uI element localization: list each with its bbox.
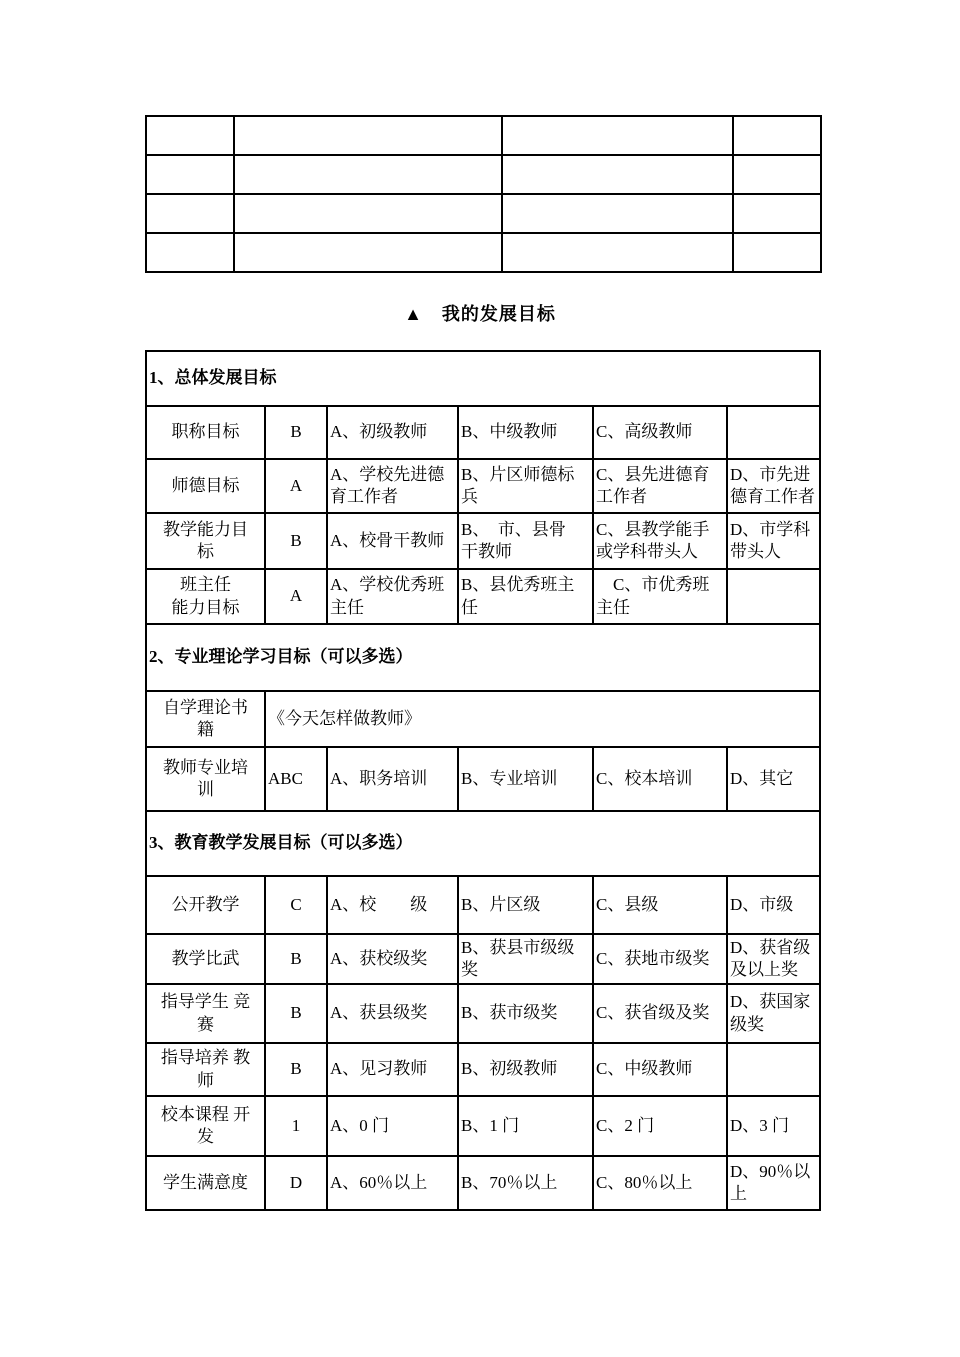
page-title: ▲ 我的发展目标 xyxy=(0,300,960,326)
row-label-cell: 教师专业培 训 xyxy=(146,747,265,811)
option-cell: D、市学科 带头人 xyxy=(727,513,820,569)
option-cell: A、校骨干教师 xyxy=(327,513,458,569)
selected-choice-cell: D xyxy=(265,1156,327,1210)
table-row: 职称目标BA、初级教师B、中级教师C、高级教师 xyxy=(146,406,820,459)
row-label-cell: 学生满意度 xyxy=(146,1156,265,1210)
empty-cell xyxy=(234,194,502,233)
option-cell: C、中级教师 xyxy=(593,1043,727,1096)
selected-choice-cell: ABC xyxy=(265,747,327,811)
section-header: 2、专业理论学习目标（可以多选） xyxy=(146,624,820,691)
selected-choice-cell: C xyxy=(265,876,327,934)
option-cell: C、市优秀班 主任 xyxy=(593,569,727,624)
option-cell: A、获县级奖 xyxy=(327,984,458,1043)
option-cell: A、职务培训 xyxy=(327,747,458,811)
option-cell: D、其它 xyxy=(727,747,820,811)
option-cell: D、市级 xyxy=(727,876,820,934)
option-cell: B、70％以上 xyxy=(458,1156,593,1210)
section-header: 3、教育教学发展目标（可以多选） xyxy=(146,811,820,876)
empty-cell xyxy=(234,116,502,155)
option-cell: B、片区级 xyxy=(458,876,593,934)
section-row: 2、专业理论学习目标（可以多选） xyxy=(146,624,820,691)
row-label-cell: 公开教学 xyxy=(146,876,265,934)
row-label-cell: 职称目标 xyxy=(146,406,265,459)
option-cell: B、片区师德标 兵 xyxy=(458,459,593,513)
empty-cell xyxy=(733,155,821,194)
option-cell: A、获校级奖 xyxy=(327,934,458,984)
option-cell: B、中级教师 xyxy=(458,406,593,459)
development-goals-table: 1、总体发展目标职称目标BA、初级教师B、中级教师C、高级教师师德目标AA、学校… xyxy=(145,350,821,1211)
option-cell: A、校 级 xyxy=(327,876,458,934)
selected-choice-cell: A xyxy=(265,459,327,513)
option-cell: C、80％以上 xyxy=(593,1156,727,1210)
option-cell: C、获地市级奖 xyxy=(593,934,727,984)
main-table-body: 1、总体发展目标职称目标BA、初级教师B、中级教师C、高级教师师德目标AA、学校… xyxy=(146,351,820,1210)
empty-cell xyxy=(502,116,733,155)
option-cell xyxy=(727,406,820,459)
table-row: 校本课程 开 发1A、0 门B、1 门C、2 门D、3 门 xyxy=(146,1096,820,1156)
option-cell: C、高级教师 xyxy=(593,406,727,459)
section-row: 3、教育教学发展目标（可以多选） xyxy=(146,811,820,876)
option-cell: B、县优秀班主 任 xyxy=(458,569,593,624)
table-row xyxy=(146,116,821,155)
table-row: 班主任 能力目标AA、学校优秀班 主任B、县优秀班主 任 C、市优秀班 主任 xyxy=(146,569,820,624)
option-cell: C、2 门 xyxy=(593,1096,727,1156)
option-cell: A、见习教师 xyxy=(327,1043,458,1096)
table-row: 学生满意度DA、60％以上B、70％以上C、80％以上D、90％以 上 xyxy=(146,1156,820,1210)
empty-cell xyxy=(733,233,821,272)
empty-cell xyxy=(502,194,733,233)
empty-cell xyxy=(502,155,733,194)
table-row: 教师专业培 训ABCA、职务培训B、专业培训C、校本培训D、其它 xyxy=(146,747,820,811)
option-cell: B、初级教师 xyxy=(458,1043,593,1096)
selected-choice-cell: 《今天怎样做教师》 xyxy=(265,691,820,747)
option-cell: C、获省级及奖 xyxy=(593,984,727,1043)
top-table xyxy=(145,115,822,273)
selected-choice-cell: B xyxy=(265,984,327,1043)
option-cell: A、60％以上 xyxy=(327,1156,458,1210)
option-cell: D、获国家 级奖 xyxy=(727,984,820,1043)
empty-cell xyxy=(146,233,234,272)
table-row xyxy=(146,155,821,194)
selected-choice-cell: 1 xyxy=(265,1096,327,1156)
option-cell xyxy=(727,569,820,624)
option-cell: C、校本培训 xyxy=(593,747,727,811)
option-cell: C、县先进德育 工作者 xyxy=(593,459,727,513)
option-cell: C、县教学能手 或学科带头人 xyxy=(593,513,727,569)
table-row xyxy=(146,233,821,272)
option-cell: B、1 门 xyxy=(458,1096,593,1156)
empty-cell xyxy=(234,155,502,194)
section-row: 1、总体发展目标 xyxy=(146,351,820,406)
row-label-cell: 校本课程 开 发 xyxy=(146,1096,265,1156)
document-page: ▲ 我的发展目标 1、总体发展目标职称目标BA、初级教师B、中级教师C、高级教师… xyxy=(0,0,960,1357)
option-cell: A、学校先进德 育工作者 xyxy=(327,459,458,513)
table-row: 指导培养 教 师BA、见习教师B、初级教师C、中级教师 xyxy=(146,1043,820,1096)
selected-choice-cell: A xyxy=(265,569,327,624)
selected-choice-cell: B xyxy=(265,513,327,569)
empty-cell xyxy=(502,233,733,272)
row-label-cell: 教学能力目 标 xyxy=(146,513,265,569)
option-cell: A、学校优秀班 主任 xyxy=(327,569,458,624)
table-row xyxy=(146,194,821,233)
empty-cell xyxy=(234,233,502,272)
row-label-cell: 班主任 能力目标 xyxy=(146,569,265,624)
empty-cell xyxy=(146,194,234,233)
option-cell: D、获省级 及以上奖 xyxy=(727,934,820,984)
empty-cell xyxy=(733,194,821,233)
empty-cell xyxy=(146,155,234,194)
empty-cell xyxy=(733,116,821,155)
selected-choice-cell: B xyxy=(265,406,327,459)
table-row: 教学能力目 标BA、校骨干教师B、 市、县骨 干教师C、县教学能手 或学科带头人… xyxy=(146,513,820,569)
section-header: 1、总体发展目标 xyxy=(146,351,820,406)
option-cell: C、县级 xyxy=(593,876,727,934)
option-cell: B、获县市级级 奖 xyxy=(458,934,593,984)
row-label-cell: 自学理论书 籍 xyxy=(146,691,265,747)
option-cell: B、 市、县骨 干教师 xyxy=(458,513,593,569)
table-row: 指导学生 竞 赛BA、获县级奖B、获市级奖C、获省级及奖D、获国家 级奖 xyxy=(146,984,820,1043)
row-label-cell: 师德目标 xyxy=(146,459,265,513)
option-cell: D、市先进 德育工作者 xyxy=(727,459,820,513)
row-label-cell: 指导学生 竞 赛 xyxy=(146,984,265,1043)
row-label-cell: 教学比武 xyxy=(146,934,265,984)
option-cell: D、3 门 xyxy=(727,1096,820,1156)
table-row: 公开教学CA、校 级B、片区级C、县级D、市级 xyxy=(146,876,820,934)
option-cell: B、专业培训 xyxy=(458,747,593,811)
option-cell: B、获市级奖 xyxy=(458,984,593,1043)
row-label-cell: 指导培养 教 师 xyxy=(146,1043,265,1096)
selected-choice-cell: B xyxy=(265,934,327,984)
table-row: 自学理论书 籍《今天怎样做教师》 xyxy=(146,691,820,747)
option-cell: A、0 门 xyxy=(327,1096,458,1156)
empty-cell xyxy=(146,116,234,155)
top-table-body xyxy=(146,116,821,272)
table-row: 教学比武BA、获校级奖B、获县市级级 奖C、获地市级奖D、获省级 及以上奖 xyxy=(146,934,820,984)
option-cell xyxy=(727,1043,820,1096)
selected-choice-cell: B xyxy=(265,1043,327,1096)
option-cell: A、初级教师 xyxy=(327,406,458,459)
table-row: 师德目标AA、学校先进德 育工作者B、片区师德标 兵C、县先进德育 工作者D、市… xyxy=(146,459,820,513)
option-cell: D、90％以 上 xyxy=(727,1156,820,1210)
